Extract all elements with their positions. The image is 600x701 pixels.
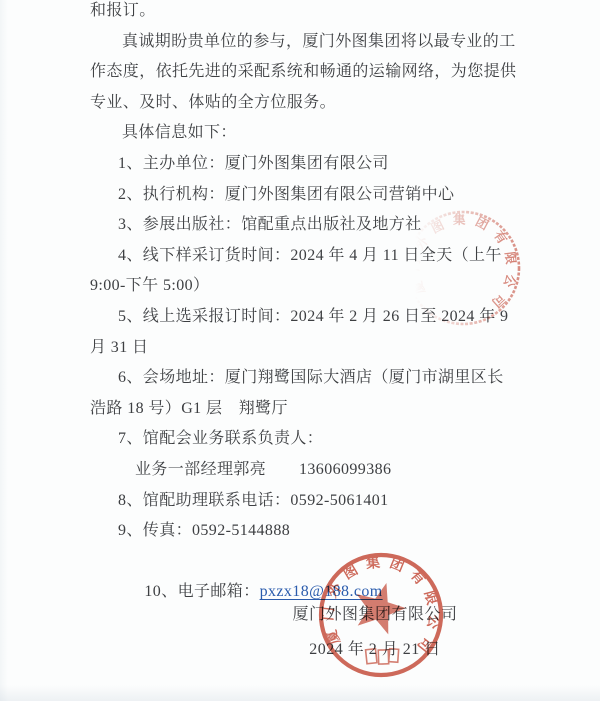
signature-company: 厦门外图集团有限公司	[230, 598, 520, 633]
body-line: 10、电子邮箱：pxzx18@188.com	[90, 547, 514, 578]
body-line: 和报订。	[90, 0, 514, 27]
letter-body: 和报订。 真诚期盼贵单位的参与，厦门外图集团将以最专业的工 作态度，依托先进的采…	[90, 0, 514, 577]
body-line: 专业、及时、体贴的全方位服务。	[90, 88, 514, 119]
body-line: 2、执行机构：厦门外图集团有限公司营销中心	[90, 180, 514, 211]
signature-block: 厦门外图集团有限公司 2024 年 2 月 21 日	[230, 598, 520, 667]
scan-edge-shadow	[0, 685, 600, 701]
body-line: 作态度，依托先进的采配系统和畅通的运输网络，为您提供	[90, 57, 514, 88]
signature-date: 2024 年 2 月 21 日	[230, 633, 520, 668]
body-line: 5、线上选采报订时间：2024 年 2 月 26 日至 2024 年 9	[90, 302, 514, 333]
body-line: 9:00-下午 5:00）	[90, 271, 514, 302]
body-line: 6、会场地址：厦门翔鹭国际大酒店（厦门市湖里区长	[90, 363, 514, 394]
body-line: 9、传真：0592-5144888	[90, 516, 514, 547]
scan-edge-shadow	[0, 0, 8, 701]
body-line: 1、主办单位：厦门外图集团有限公司	[90, 149, 514, 180]
body-line: 业务一部经理郭亮 13606099386	[90, 455, 514, 486]
body-line: 月 31 日	[90, 333, 514, 364]
document-page: 和报订。 真诚期盼贵单位的参与，厦门外图集团将以最专业的工 作态度，依托先进的采…	[0, 0, 600, 701]
body-line: 具体信息如下：	[90, 118, 514, 149]
body-line: 8、馆配助理联系电话：0592-5061401	[90, 486, 514, 517]
body-line: 浩路 18 号）G1 层 翔鹭厅	[90, 394, 514, 425]
body-line: 7、馆配会业务联系负责人：	[90, 424, 514, 455]
body-line: 3、参展出版社：馆配重点出版社及地方社	[90, 210, 514, 241]
body-line: 4、线下样采订货时间：2024 年 4 月 11 日全天（上午	[90, 241, 514, 272]
body-line: 真诚期盼贵单位的参与，厦门外图集团将以最专业的工	[90, 27, 514, 58]
